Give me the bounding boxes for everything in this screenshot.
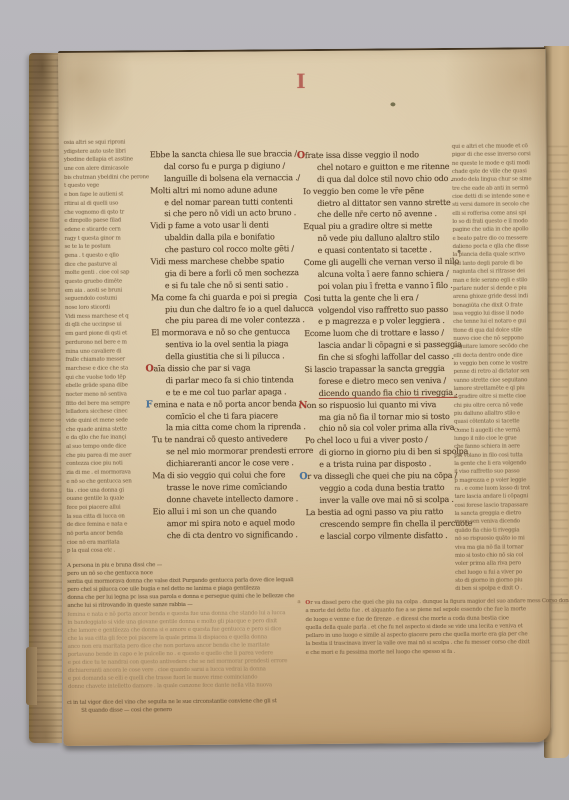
gloss-line: bis chutman ybeldini che perone — [64, 173, 150, 182]
verse-text: Tu te nandrai cō questo antivedere — [152, 435, 288, 445]
rubricated-initial: O — [299, 471, 307, 483]
verse-text: El mormorava e nō so che gentucca — [151, 328, 290, 338]
commentary-line: donne chavete intelletto damore . la qua… — [68, 681, 322, 691]
commentary-line: St quando disse — cosi che genero — [81, 705, 325, 715]
verse-text: e quasi contentato si tacette . — [318, 245, 432, 255]
verse-text: di giorno in giorno piu di ben si spolpa — [319, 447, 468, 457]
verse-text: dal corso fu e purga p digiuno / — [164, 161, 285, 171]
verse-text: crescendo sempre fin chella il percuote — [320, 518, 473, 528]
gloss-line: p la qual cosa etc . — [67, 547, 153, 556]
verse-text: che delle nr̄e certo nō avenne . — [317, 209, 437, 219]
verse-text: languille di bolsena ela vernaccia ./ — [164, 173, 300, 183]
verse-text: della giustitia che si li pilucca . — [165, 351, 284, 361]
verse-text: la mia citta come chom la riprenda . — [166, 423, 306, 433]
verse-text: Vidi p fame a voto usar li denti — [150, 221, 268, 231]
rubricated-initial: O — [145, 363, 153, 375]
verse-text: ma gia nō fia il tornar mio si tosto — [319, 412, 450, 422]
verse-text: donne chavete intellecto damore . — [166, 494, 298, 504]
verse-text: Io veggio ben come le vr̄e pēne — [303, 186, 424, 196]
rubricated-initial: N — [299, 400, 307, 412]
verse-text: e p magrezza e p voler leggiera . — [318, 316, 445, 326]
verse-text: on so rispuosio lui quanto mi viva — [307, 400, 436, 410]
ink-speck — [390, 102, 395, 106]
verse-text: lascia andar li cōpagni e si passeggia — [318, 340, 462, 350]
verse-text: dicendo quando fia chio ti riveggia . — [319, 388, 458, 398]
verse-column-2: Ofrate issa disse veggio il nodo chel no… — [303, 149, 464, 543]
left-margin-gloss-column: osia altri se squi riproniydigstere auto… — [64, 138, 153, 556]
verse-text: dietro al dittator sen vanno strette — [317, 197, 450, 207]
verse-text: Come gli augelli che vernan verso il nil… — [304, 257, 459, 267]
verse-text: che piu parea di me voler contezza . — [165, 316, 305, 326]
verse-text: amor mi spira noto e aquel modo — [167, 518, 295, 528]
verse-text: di parlar meco fa si chio tintenda — [166, 375, 294, 385]
verse-text: poi volan piu ī fretta e vanno ī filo . — [318, 281, 453, 291]
commentary-text: quella della quale parla . et che fu nel… — [306, 623, 523, 631]
verse-text: forese e dietro meco sen veniva / — [319, 376, 446, 386]
verse-text: La bestia ad ogni passo va piu ratto — [306, 507, 444, 517]
verse-text: chel notaro e guitton e me ritenne — [317, 162, 449, 172]
verse-text: e lascial corpo vilmente disfatto . — [320, 530, 448, 540]
verse-text: emina e nata e nō porta ancor benda / — [154, 399, 302, 409]
verse-text: alcuna volta ī aere fanno schiera / — [318, 269, 449, 279]
verse-text: sentiva io la ovel sentia la piaga — [165, 339, 288, 349]
verse-text: comīcio el che ti fara piacere — [166, 411, 278, 421]
verse-text: Equal piu a gradire oltre si mette — [303, 221, 432, 231]
verse-text: aīa dissio che par si vaga — [153, 364, 250, 374]
verse-text: Eio allui i mi son un che quando — [153, 506, 277, 516]
verse-text: frate issa disse veggio il nodo — [305, 150, 419, 160]
verse-text: ubaldin dalla pila e bonifatio — [164, 233, 274, 243]
verse-line: e lascial corpo vilmente disfatto . — [306, 529, 464, 542]
bottom-left-commentary: A persona in piu e bruna dissi che —pero… — [67, 560, 322, 691]
verse-text: piu dun che daltro fe io a quel dalucca — [165, 304, 313, 314]
verse-text: e a trista ruina par disposto . — [319, 459, 431, 469]
commentary-line: e che mori e fu pessima morte nel luogo … — [306, 647, 564, 657]
verse-text: dichiareranti ancor le cose vere . — [166, 458, 294, 468]
verse-text: nō vede piu dalluno alaltro stilo — [317, 233, 439, 243]
verse-line: che di cta dentro vo significando . — [153, 529, 311, 542]
book-spine-edge — [29, 53, 62, 743]
verse-text: Ebbe la sancta chiesa lle sue braccia / — [150, 149, 297, 159]
verse-text: che di cta dentro vo significando . — [167, 530, 298, 540]
verse-text: Ma come fa chi guarda e poi si pregia — [151, 292, 297, 302]
verse-text: Ecome luom che di trottare e lasso / — [304, 328, 444, 338]
verse-text: Molti altri mi nomo adune adune — [150, 185, 277, 195]
margin-mark: a — [297, 599, 300, 605]
verse-text: Po chel loco u fui a viver posto / — [305, 435, 428, 445]
verse-text: trasse le nove rime comīciando — [166, 482, 287, 492]
rubricated-initial: O — [297, 150, 305, 162]
commentary-text: de luogo e venne e fue de firenze . e di… — [305, 615, 509, 623]
verse-text: e si fu tale che nō si senti satio . — [165, 280, 288, 290]
verse-text: e te e me col tuo parlar apaga . — [166, 387, 287, 397]
parchment-page: I osia altri se squi riproniydigstere au… — [58, 47, 551, 746]
right-margin-gloss-column: qui e altri et che muode et cōpigor di c… — [452, 142, 552, 593]
bottom-right-commentary: a Or va dissel pero che quei che piu na … — [305, 597, 563, 657]
bottom-left-addendum: ci in tal vigor dice del vino che seguit… — [67, 697, 325, 715]
verse-text: che pasturo col rocco molte gēti / — [165, 244, 294, 254]
verse-text: e del nomar parean tutti contenti — [164, 197, 293, 207]
commentary-text: e che mori e fu pessima morte nel luogo … — [306, 649, 455, 656]
verse-text: di qua dal dolce stil novo chio odo . — [317, 174, 453, 184]
verse-text: si che pero nō vidi un acto bruno . — [164, 209, 296, 219]
verse-text: r va dissegli che quei che piu na cōpa / — [307, 471, 457, 481]
folio-numeral: I — [296, 69, 306, 93]
manuscript-photo: I osia altri se squi riproniydigstere au… — [0, 0, 569, 800]
verse-text: Ma di sio veggio qui colui che fore — [152, 470, 285, 480]
verse-text: se nel mio mormorar prendesti errore — [166, 446, 313, 456]
verse-text: fin che si sfoghi laffollar del casso . — [318, 352, 454, 362]
verse-text: chio nō sia col voler prima alla riva . — [319, 423, 459, 433]
verse-text: inver la valle ove mai nō si scolpa . — [320, 495, 454, 505]
verse-text: Cosi tutta la gente che li era / — [304, 293, 418, 303]
verse-column-1: Ebbe la sancta chiesa lle sue braccia / … — [150, 148, 311, 542]
verse-text: gia di bere a forli cō men sochezza — [165, 268, 299, 278]
verse-text: Vidi mess marchese chebbe spatio — [151, 256, 285, 266]
rubricated-initial: F — [146, 399, 154, 411]
gloss-line: di ben si spolpa e dixit O . — [455, 584, 551, 593]
verse-text: veggio a coda duna bestia tratto — [319, 483, 444, 493]
verse-text: Si lascio trapassar la sancta greggia — [304, 364, 444, 374]
verse-text: volgendol viso raffretto suo passo — [318, 305, 448, 315]
